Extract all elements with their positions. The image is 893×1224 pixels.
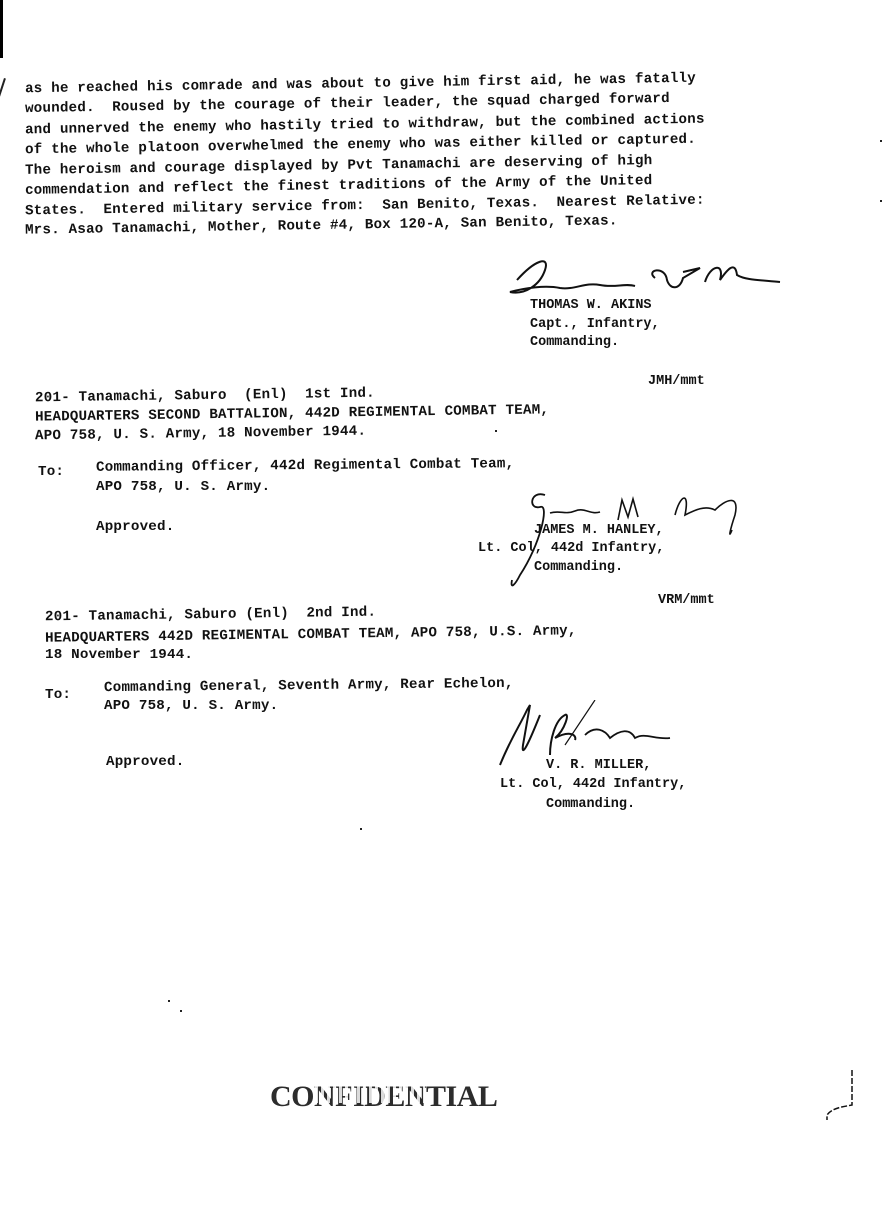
scan-speck: [360, 828, 362, 830]
margin-hook-mark-icon: [822, 1065, 862, 1125]
scan-speck: [880, 200, 882, 202]
scan-edge-mark: [0, 0, 3, 58]
document-page: as he reached his comrade and was about …: [0, 0, 893, 1224]
first-indorsement-reference: JMH/mmt: [648, 374, 705, 389]
first-indorsement-to-label: To:: [38, 463, 64, 481]
scan-speck: [180, 1010, 182, 1012]
second-indorsement-header-line: 18 November 1944.: [45, 646, 193, 664]
second-indorsement-header-line: 201- Tanamachi, Saburo (Enl) 2nd Ind.: [45, 604, 376, 627]
second-indorsement-to-label: To:: [45, 686, 71, 704]
classification-stamp: CONFIDENTIAL: [270, 1080, 497, 1114]
margin-pencil-mark: [0, 78, 6, 143]
second-indorsement-reference: VRM/mmt: [658, 593, 715, 608]
scan-speck: [495, 430, 497, 432]
second-indorsement-header-line: HEADQUARTERS 442D REGIMENTAL COMBAT TEAM…: [45, 622, 577, 647]
second-indorsement-addressee: APO 758, U. S. Army.: [104, 697, 278, 715]
second-indorsement-addressee: Commanding General, Seventh Army, Rear E…: [104, 675, 514, 697]
first-indorsement-signer-rank: Lt. Col, 442d Infantry,: [478, 540, 664, 558]
first-indorsement-header-line: APO 758, U. S. Army, 18 November 1944.: [35, 423, 366, 446]
first-indorsement-addressee: Commanding Officer, 442d Regimental Comb…: [96, 455, 514, 477]
second-indorsement-signer-rank: Lt. Col, 442d Infantry,: [500, 776, 686, 794]
signature-1-rank: Capt., Infantry,: [530, 316, 660, 334]
first-indorsement-signer-name: JAMES M. HANLEY,: [534, 522, 664, 540]
signature-1-name: THOMAS W. AKINS: [530, 297, 652, 315]
first-indorsement-action: Approved.: [96, 518, 174, 536]
second-indorsement-signer-name: V. R. MILLER,: [546, 757, 651, 775]
scan-speck: [880, 140, 882, 142]
second-indorsement-action: Approved.: [106, 753, 184, 771]
first-indorsement-addressee: APO 758, U. S. Army.: [96, 478, 270, 496]
first-indorsement-signer-role: Commanding.: [534, 559, 623, 577]
scan-speck: [168, 1000, 170, 1002]
signature-1-role: Commanding.: [530, 334, 619, 352]
second-indorsement-signer-role: Commanding.: [546, 796, 635, 814]
